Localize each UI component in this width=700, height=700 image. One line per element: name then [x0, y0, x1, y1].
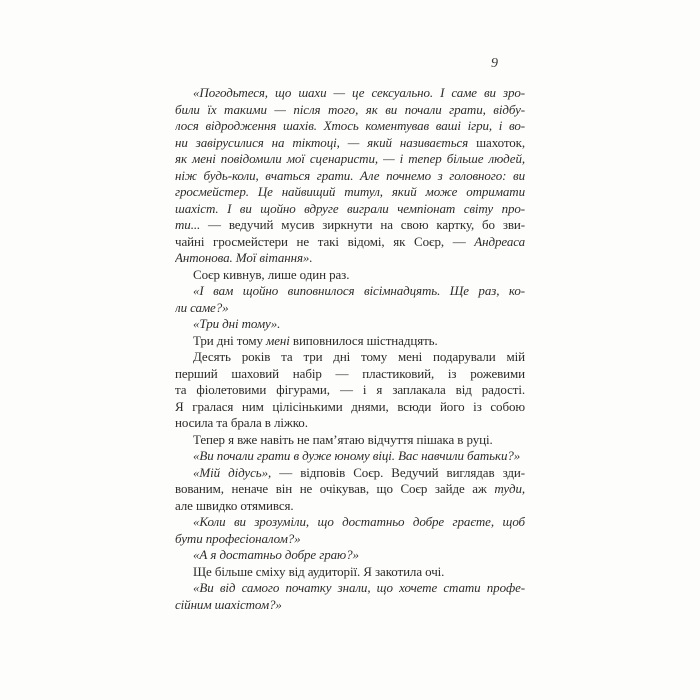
text-segment: але швидко отямився.	[175, 498, 294, 513]
text-line: але швидко отямився.	[175, 498, 525, 515]
text-line: Я гралася ним цілісінькими днями, всюди …	[175, 399, 525, 416]
text-segment: носила та брала в ліжко.	[175, 415, 308, 430]
text-segment: «Три дні тому».	[193, 316, 280, 331]
text-segment: — ведучий мусив зиркнути на свою картку,…	[200, 217, 525, 232]
text-line: як мені повідомили мої сценаристи, — і т…	[175, 151, 525, 168]
text-segment: Соєр кивнув, лише один раз.	[193, 267, 349, 282]
text-line: «Мій дідусь», — відповів Соєр. Ведучий в…	[175, 465, 525, 482]
text-line: носила та брала в ліжко.	[175, 415, 525, 432]
text-line: ни завірусилися на тіктоці, — який назив…	[175, 135, 525, 152]
text-segment: лося відродження шахів. Хтось коментував…	[175, 118, 525, 133]
text-segment: мені	[266, 333, 290, 348]
text-line: Соєр кивнув, лише один раз.	[175, 267, 525, 284]
text-line: вованим, неначе він не очікував, що Соєр…	[175, 481, 525, 498]
text-line: чайні гросмейстери не такі відомі, як Со…	[175, 234, 525, 251]
text-line: «Ви від самого початку знали, що хочете …	[175, 580, 525, 597]
text-segment: Я гралася ним цілісінькими днями, всюди …	[175, 399, 525, 414]
text-segment: Ще більше сміху від аудиторії. Я закотил…	[193, 564, 444, 579]
text-segment: перший шаховий набір — пластиковий, із р…	[175, 366, 525, 381]
text-line: ти... — ведучий мусив зиркнути на свою к…	[175, 217, 525, 234]
text-segment: вованим, неначе він не очікував, що Соєр…	[175, 481, 494, 496]
text-segment: та фіолетовими фігурами, — і я заплакала…	[175, 382, 525, 397]
text-segment: гросмейстер. Це найвищий титул, який мож…	[175, 184, 525, 199]
text-line: лося відродження шахів. Хтось коментував…	[175, 118, 525, 135]
text-line: «І вам щойно виповнилося вісімнадцять. Щ…	[175, 283, 525, 300]
text-line: ли саме?»	[175, 300, 525, 317]
text-segment: чайні гросмейстери не такі відомі, як Со…	[175, 234, 474, 249]
text-line: Тепер я вже навіть не пам’ятаю відчуття …	[175, 432, 525, 449]
text-line: «Три дні тому».	[175, 316, 525, 333]
text-segment: виповнилося шістнадцять.	[290, 333, 438, 348]
text-line: шахіст. І ви щойно вдруге виграли чемпіо…	[175, 201, 525, 218]
text-line: Десять років та три дні тому мені подару…	[175, 349, 525, 366]
text-segment: ніж будь-коли, вчаться грати. Але почнем…	[175, 168, 525, 183]
text-segment: шахіст. І ви щойно вдруге виграли чемпіо…	[175, 201, 525, 216]
text-line: перший шаховий набір — пластиковий, із р…	[175, 366, 525, 383]
text-segment: ли саме?»	[175, 300, 229, 315]
text-line: Ще більше сміху від аудиторії. Я закотил…	[175, 564, 525, 581]
text-segment: Андреаса	[474, 234, 525, 249]
text-segment: «І вам щойно виповнилося вісімнадцять. Щ…	[193, 283, 525, 298]
text-block: «Погодьтеся, що шахи — це сексуально. І …	[175, 85, 525, 613]
text-segment: шахоток,	[476, 135, 525, 150]
text-line: «А я достатньо добре граю?»	[175, 547, 525, 564]
text-segment: ни завірусилися на тіктоці, — який назив…	[175, 135, 476, 150]
text-line: «Погодьтеся, що шахи — це сексуально. І …	[175, 85, 525, 102]
text-line: сійним шахістом?»	[175, 597, 525, 614]
text-segment: «Коли ви зрозуміли, що достатньо добре г…	[193, 514, 525, 529]
text-line: гросмейстер. Це найвищий титул, який мож…	[175, 184, 525, 201]
text-segment: «Мій дідусь»	[193, 465, 268, 480]
text-line: Антонова. Мої вітання».	[175, 250, 525, 267]
text-line: ніж будь-коли, вчаться грати. Але почнем…	[175, 168, 525, 185]
page-number: 9	[491, 56, 498, 72]
text-line: били їх такими — після того, як ви почал…	[175, 102, 525, 119]
text-segment: «Ви почали грати в дуже юному віці. Вас …	[193, 448, 520, 463]
text-segment: Антонова. Мої вітання».	[175, 250, 312, 265]
text-segment: «Погодьтеся, що шахи — це сексуально. І …	[193, 85, 525, 100]
text-line: «Ви почали грати в дуже юному віці. Вас …	[175, 448, 525, 465]
text-segment: Десять років та три дні тому мені подару…	[193, 349, 525, 364]
text-segment: як мені повідомили мої сценаристи, — і т…	[175, 151, 525, 166]
text-line: «Коли ви зрозуміли, що достатньо добре г…	[175, 514, 525, 531]
text-line: бути професіоналом?»	[175, 531, 525, 548]
text-segment: бути професіоналом?»	[175, 531, 301, 546]
text-line: та фіолетовими фігурами, — і я заплакала…	[175, 382, 525, 399]
text-segment: били їх такими — після того, як ви почал…	[175, 102, 525, 117]
text-line: Три дні тому мені виповнилося шістнадцят…	[175, 333, 525, 350]
text-segment: , — відповів Соєр. Ведучий виглядав зди-	[268, 465, 525, 480]
text-segment: «А я достатньо добре граю?»	[193, 547, 359, 562]
text-segment: туди,	[494, 481, 525, 496]
text-segment: Тепер я вже навіть не пам’ятаю відчуття …	[193, 432, 493, 447]
text-segment: сійним шахістом?»	[175, 597, 282, 612]
text-segment: Три дні тому	[193, 333, 266, 348]
book-page: 9 «Погодьтеся, що шахи — це сексуально. …	[0, 0, 700, 700]
text-segment: ти...	[175, 217, 200, 232]
text-segment: «Ви від самого початку знали, що хочете …	[193, 580, 525, 595]
